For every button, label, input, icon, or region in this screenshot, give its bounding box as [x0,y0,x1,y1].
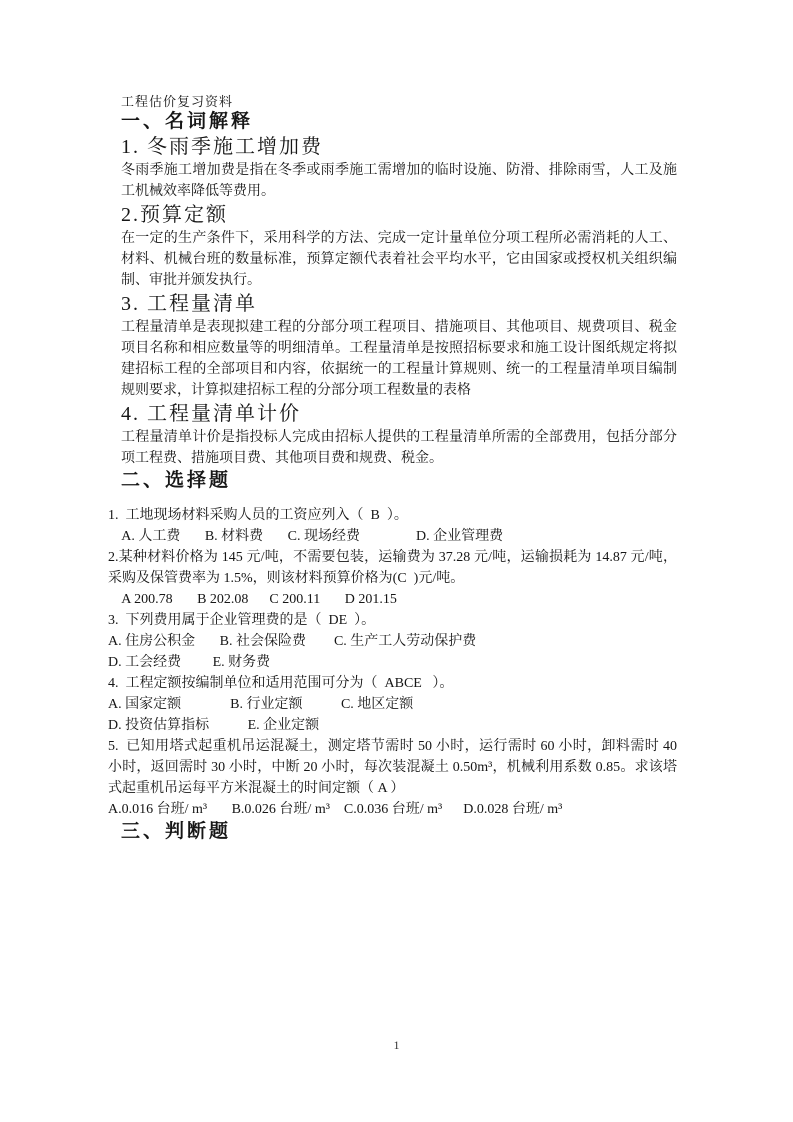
document-page: 工程估价复习资料 一、名词解释 1. 冬雨季施工增加费 冬雨季施工增加费是指在冬… [0,0,793,1122]
choice-question-3: 3. 下列费用属于企业管理费的是（ DE ）。 [108,610,677,631]
term-title-2: 2.预算定额 [121,202,677,228]
choice-question-5-options: A.0.016 台班/ m³ B.0.026 台班/ m³ C.0.036 台班… [108,799,677,820]
choice-question-2-options: A 200.78 B 202.08 C 200.11 D 201.15 [108,589,677,610]
choice-question-5: 5. 已知用塔式起重机吊运混凝土，测定塔节需时 50 小时，运行需时 60 小时… [108,736,677,799]
choice-question-4: 4. 工程定额按编制单位和适用范围可分为（ ABCE ）。 [108,673,677,694]
section-heading-choice: 二、选择题 [121,469,677,493]
choice-question-3-options-row-1: A. 住房公积金 B. 社会保险费 C. 生产工人劳动保护费 [108,631,677,652]
term-definition-4: 工程量清单计价是指投标人完成由招标人提供的工程量清单所需的全部费用，包括分部分项… [121,427,677,469]
choice-question-4-options-row-2: D. 投资估算指标 E. 企业定额 [108,715,677,736]
term-title-4: 4. 工程量清单计价 [121,401,677,427]
page-number: 1 [0,1038,793,1052]
choice-question-4-options-row-1: A. 国家定额 B. 行业定额 C. 地区定额 [108,694,677,715]
choice-question-1: 1. 工地现场材料采购人员的工资应列入（ B ）。 [108,505,677,526]
choice-question-2: 2.某种材料价格为 145 元/吨，不需要包装，运输费为 37.28 元/吨，运… [108,547,677,589]
term-definition-2: 在一定的生产条件下，采用科学的方法、完成一定计量单位分项工程所必需消耗的人工、材… [121,228,677,291]
term-definition-3: 工程量清单是表现拟建工程的分部分项工程项目、措施项目、其他项目、规费项目、税金项… [121,317,677,401]
term-title-3: 3. 工程量清单 [121,291,677,317]
choice-question-3-options-row-2: D. 工会经费 E. 财务费 [108,652,677,673]
choice-question-list: 1. 工地现场材料采购人员的工资应列入（ B ）。 A. 人工费 B. 材料费 … [108,505,677,820]
doc-title: 工程估价复习资料 [121,94,677,110]
section-heading-judgment: 三、判断题 [121,820,677,844]
term-title-1: 1. 冬雨季施工增加费 [121,134,677,160]
choice-question-1-options: A. 人工费 B. 材料费 C. 现场经费 D. 企业管理费 [108,526,677,547]
document-content: 工程估价复习资料 一、名词解释 1. 冬雨季施工增加费 冬雨季施工增加费是指在冬… [0,0,793,844]
section-heading-terms: 一、名词解释 [121,110,677,134]
term-definition-1: 冬雨季施工增加费是指在冬季或雨季施工需增加的临时设施、防滑、排除雨雪，人工及施工… [121,160,677,202]
